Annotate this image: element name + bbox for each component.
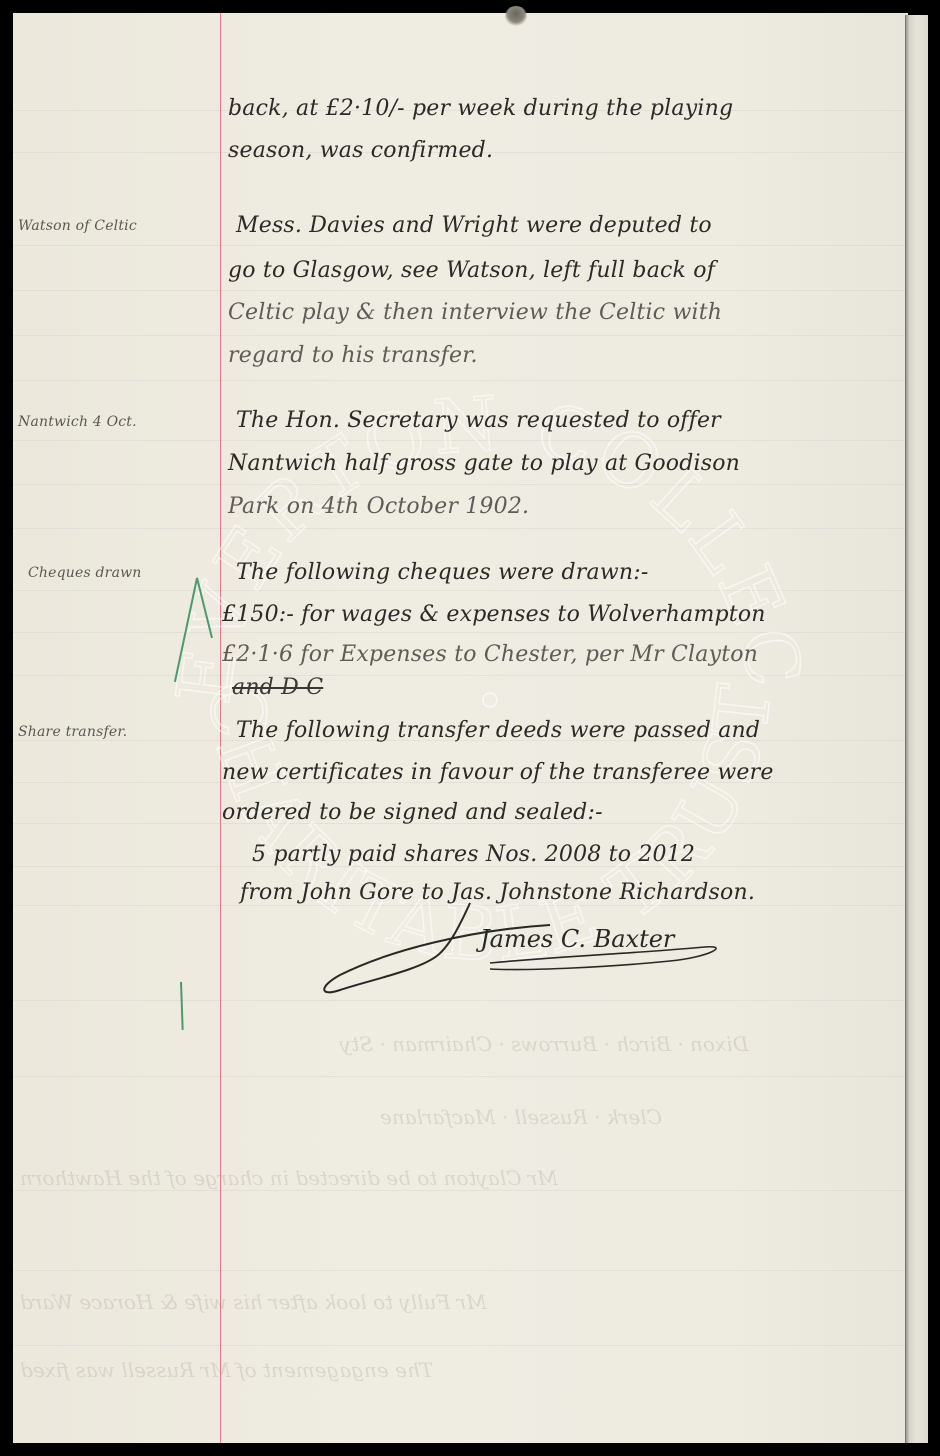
margin-rule bbox=[220, 13, 221, 1443]
margin-note-nantwich: Nantwich 4 Oct. bbox=[18, 414, 137, 430]
show-through-text: Clerk · Russell · Macfarlane bbox=[380, 1105, 662, 1129]
minute-line: 5 partly paid shares Nos. 2008 to 2012 bbox=[252, 842, 695, 867]
ruled-line bbox=[13, 1270, 905, 1271]
minute-line: go to Glasgow, see Watson, left full bac… bbox=[228, 258, 715, 283]
continuation-line: season, was confirmed. bbox=[228, 138, 493, 163]
page-stack-edge bbox=[905, 15, 928, 1443]
show-through-text: Dixon · Birch · Burrows · Chairman · Sty bbox=[340, 1032, 749, 1056]
ruled-line bbox=[13, 440, 905, 441]
minute-line: Park on 4th October 1902. bbox=[228, 494, 529, 519]
minute-line: The Hon. Secretary was requested to offe… bbox=[236, 408, 721, 433]
minute-line: new certificates in favour of the transf… bbox=[222, 760, 774, 785]
ink-blot bbox=[505, 6, 527, 26]
minute-line: Mess. Davies and Wright were deputed to bbox=[236, 213, 712, 238]
continuation-line: back, at £2·10/- per week during the pla… bbox=[228, 96, 733, 121]
ruled-line bbox=[13, 245, 905, 246]
minute-line: Celtic play & then interview the Celtic … bbox=[228, 300, 722, 325]
ruled-line bbox=[13, 1345, 905, 1346]
show-through-text: The engagement of Mr Russell was fixed bbox=[20, 1358, 433, 1382]
minute-line: regard to his transfer. bbox=[228, 343, 478, 368]
ruled-line bbox=[13, 1076, 905, 1077]
show-through-text: Mr Clayton to be directed in charge of t… bbox=[20, 1166, 558, 1190]
minute-line: The following cheques were drawn:- bbox=[236, 560, 648, 585]
show-through-text: Mr Fully to look after his wife & Horace… bbox=[20, 1290, 487, 1314]
margin-note-watson: Watson of Celtic bbox=[18, 218, 137, 234]
signature: James C. Baxter bbox=[310, 895, 730, 1005]
ruled-line bbox=[13, 632, 905, 633]
minute-line: The following transfer deeds were passed… bbox=[236, 718, 760, 743]
minute-line: £2·1·6 for Expenses to Chester, per Mr C… bbox=[222, 642, 758, 667]
ruled-line bbox=[13, 590, 905, 591]
ruled-line bbox=[13, 1190, 905, 1191]
minute-line: ordered to be signed and sealed:- bbox=[222, 800, 603, 825]
margin-note-cheques: Cheques drawn bbox=[28, 565, 142, 581]
margin-note-share-transfer: Share transfer. bbox=[18, 724, 127, 740]
ruled-line bbox=[13, 335, 905, 336]
ruled-line bbox=[13, 290, 905, 291]
ruled-line bbox=[13, 380, 905, 381]
ruled-line bbox=[13, 484, 905, 485]
ruled-line bbox=[13, 675, 905, 676]
ruled-line bbox=[13, 528, 905, 529]
struck-through-text: and D C bbox=[232, 675, 323, 700]
signature-text: James C. Baxter bbox=[475, 925, 676, 953]
minute-line: Nantwich half gross gate to play at Good… bbox=[228, 451, 740, 476]
minute-line: £150:- for wages & expenses to Wolverham… bbox=[222, 602, 766, 627]
